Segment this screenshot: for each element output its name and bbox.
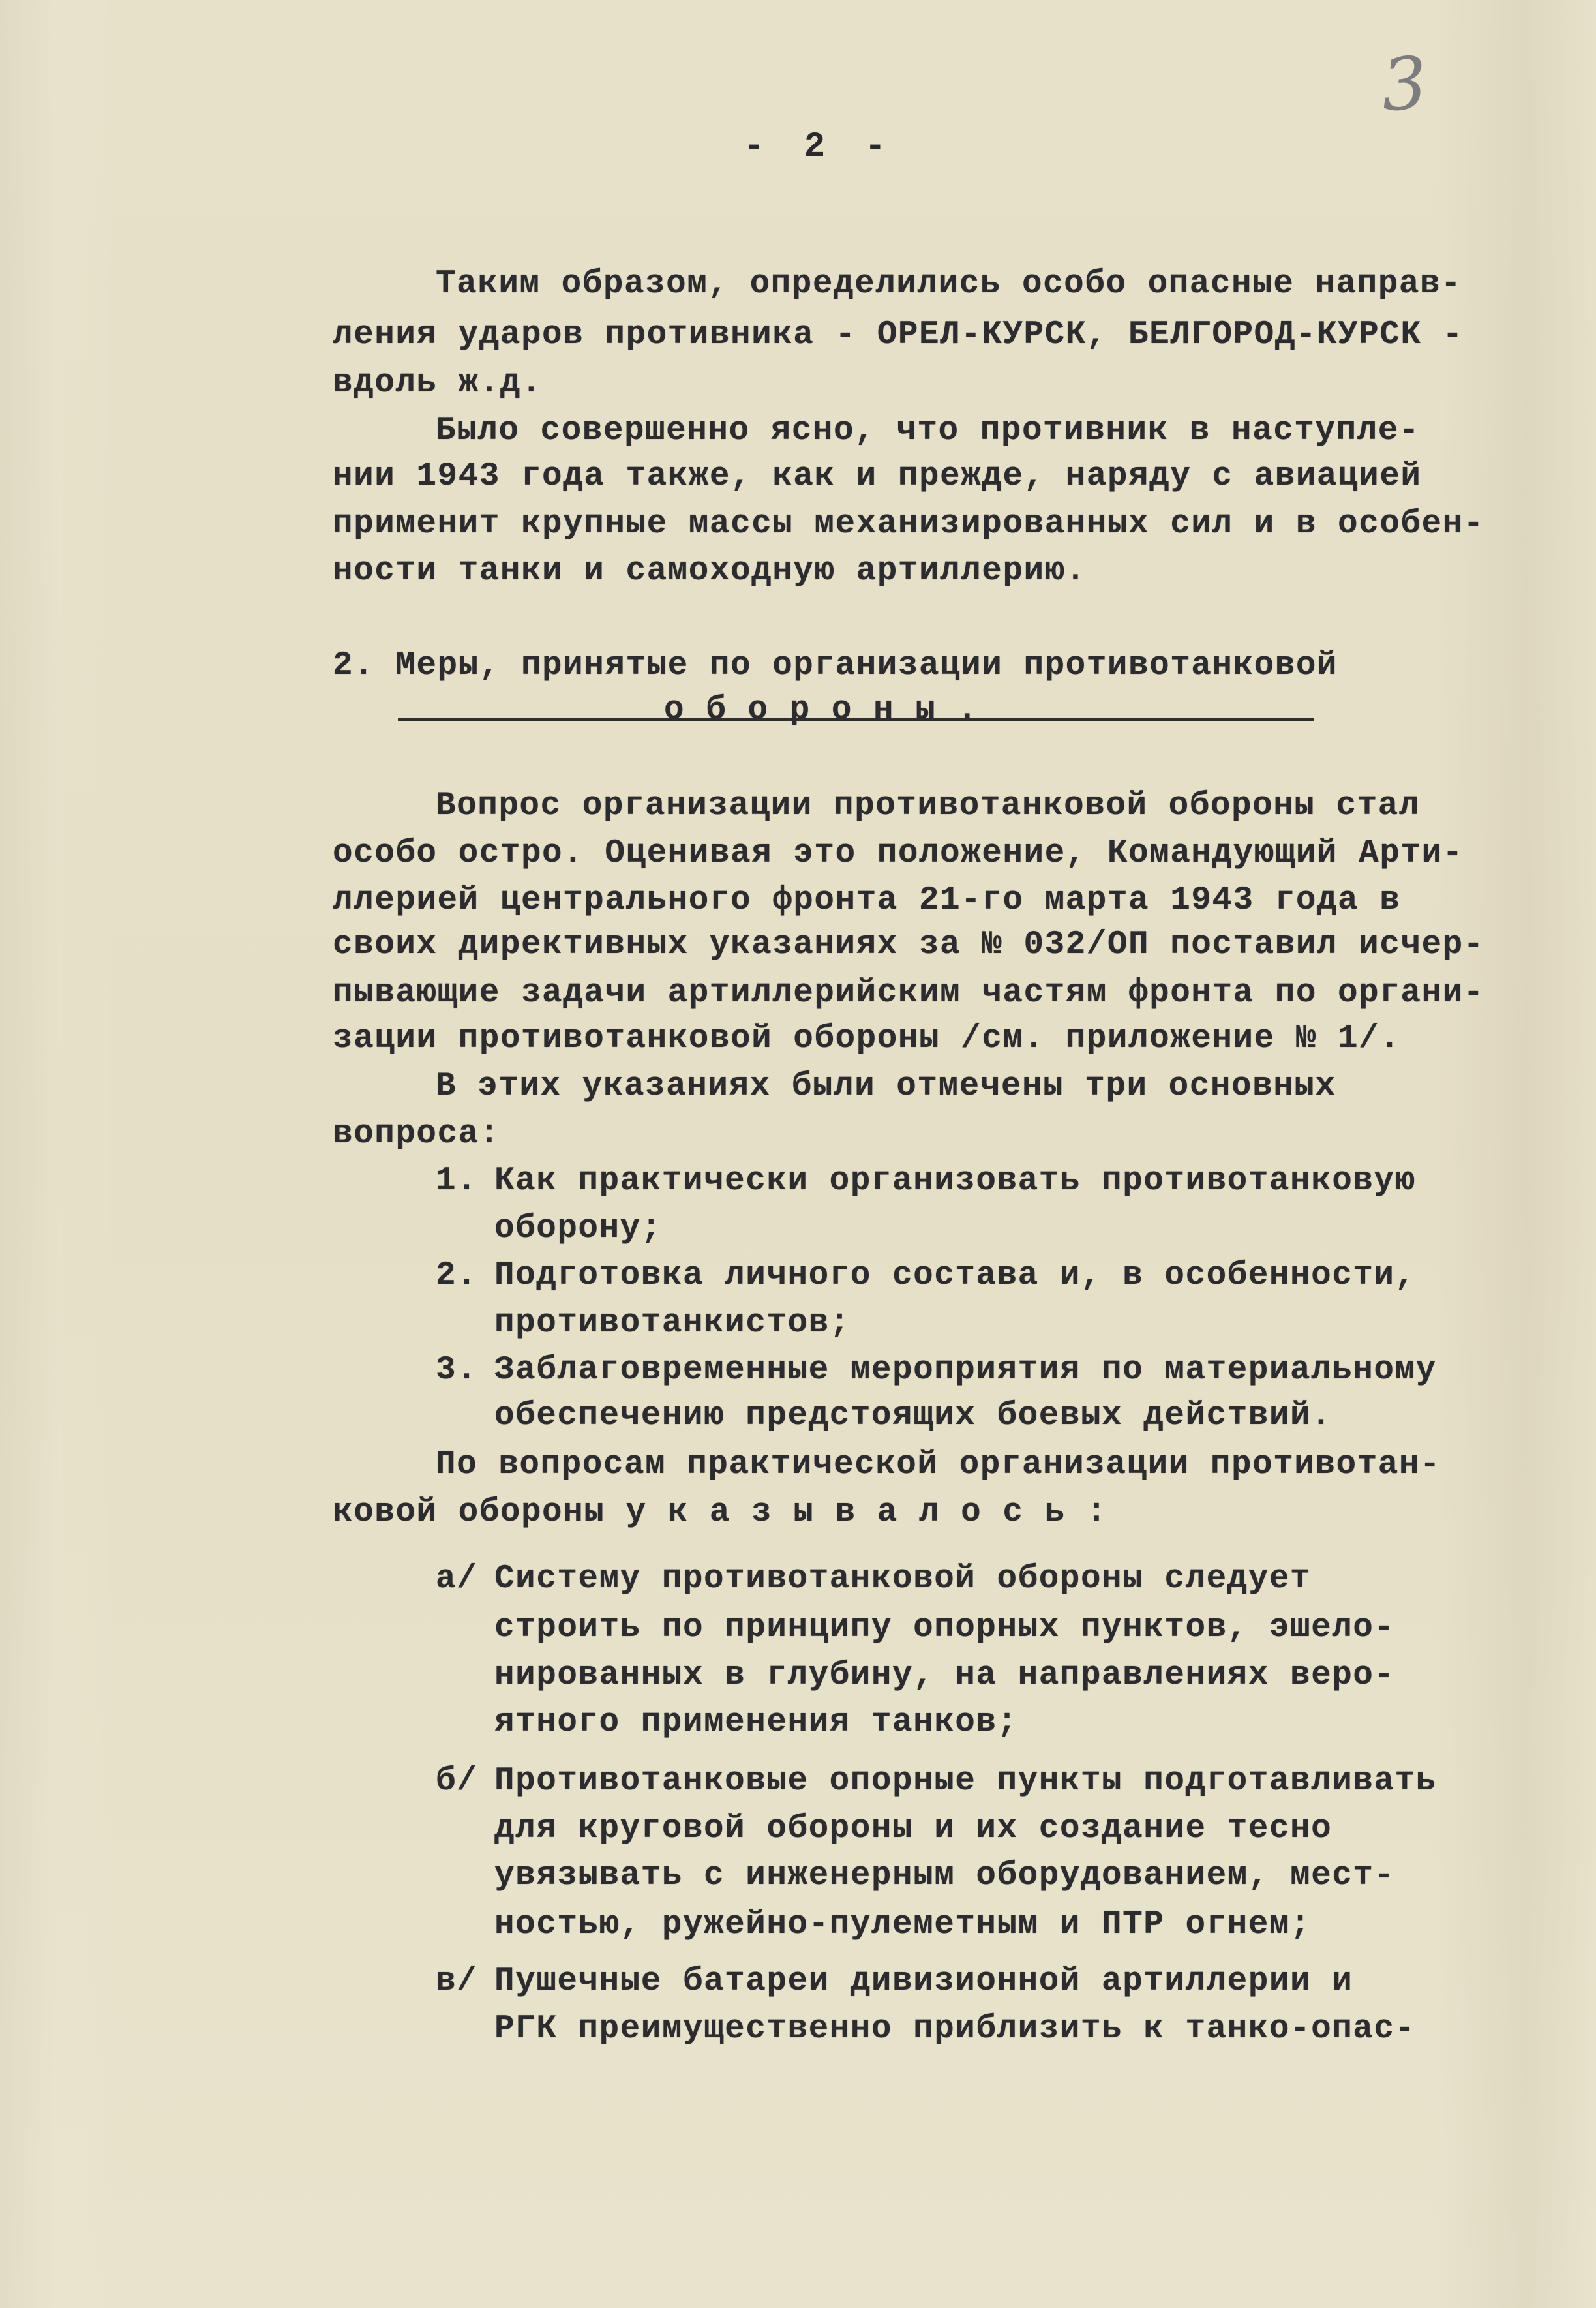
list-marker: 1. <box>436 1164 477 1198</box>
text-line: Пушечные батареи дивизионной артиллерии … <box>494 1965 1353 1998</box>
text-line: оборону; <box>494 1212 662 1245</box>
text-line: особо остро. Оценивая это положение, Ком… <box>333 837 1464 870</box>
text-line: обеспечению предстоящих боевых действий. <box>494 1399 1332 1433</box>
text-line: нии 1943 года также, как и прежде, наряд… <box>333 460 1421 493</box>
section-heading-line2: о б о р о н ы . <box>664 693 978 727</box>
text-line: В этих указаниях были отмечены три основ… <box>436 1070 1336 1103</box>
document-page: 3 - 2 - Таким образом, определились особ… <box>0 0 1596 2308</box>
heading-underline <box>398 718 1314 721</box>
text-line: ковой обороны у к а з ы в а л о с ь : <box>333 1496 1107 1529</box>
text-line: противотанкистов; <box>494 1307 851 1340</box>
text-line: ллерией центрального фронта 21-го марта … <box>333 884 1400 917</box>
text-line: Противотанковые опорные пункты подготавл… <box>494 1765 1437 1798</box>
text-line: пывающие задачи артиллерийским частям фр… <box>333 977 1484 1010</box>
text-line: ности танки и самоходную артиллерию. <box>333 554 1087 588</box>
text-line: зации противотанковой обороны /см. прило… <box>333 1022 1400 1055</box>
text-line: вдоль ж.д. <box>333 367 542 400</box>
text-line: ления ударов противника - ОРЕЛ-КУРСК, БЕ… <box>333 318 1464 352</box>
text-line: применит крупные массы механизированных … <box>333 508 1484 541</box>
text-line: увязывать с инженерным оборудованием, ме… <box>494 1859 1395 1892</box>
section-heading-line1: 2. Меры, принятые по организации противо… <box>333 649 1338 682</box>
text-line: РГК преимущественно приблизить к танко-о… <box>494 2012 1416 2046</box>
list-marker: б/ <box>436 1765 477 1798</box>
text-line: вопроса: <box>333 1117 500 1151</box>
text-line: Вопрос организации противотанковой оборо… <box>436 789 1420 823</box>
list-marker: в/ <box>436 1965 477 1998</box>
text-line: Систему противотанковой обороны следует <box>494 1562 1311 1596</box>
list-marker: а/ <box>436 1562 477 1596</box>
page-number: - 2 - <box>744 127 895 167</box>
text-line: строить по принципу опорных пунктов, эше… <box>494 1611 1395 1645</box>
text-line: Было совершенно ясно, что противник в на… <box>436 414 1420 448</box>
text-line: По вопросам практической организации про… <box>436 1448 1441 1481</box>
text-line: своих директивных указаниях за № 032/ОП … <box>333 928 1484 962</box>
list-marker: 3. <box>436 1354 477 1387</box>
text-line: Заблаговременные мероприятия по материал… <box>494 1354 1437 1387</box>
text-line: ятного применения танков; <box>494 1706 1018 1739</box>
archive-folio-number: 3 <box>1379 41 1430 128</box>
text-line: Как практически организовать противотанк… <box>494 1164 1416 1198</box>
list-marker: 2. <box>436 1259 477 1292</box>
text-line: Подготовка личного состава и, в особенно… <box>494 1259 1416 1292</box>
text-line: Таким образом, определились особо опасны… <box>436 267 1462 301</box>
text-line: ностью, ружейно-пулеметным и ПТР огнем; <box>494 1908 1311 1941</box>
text-line: для круговой обороны и их создание тесно <box>494 1812 1332 1845</box>
text-line: нированных в глубину, на направлениях ве… <box>494 1659 1395 1692</box>
